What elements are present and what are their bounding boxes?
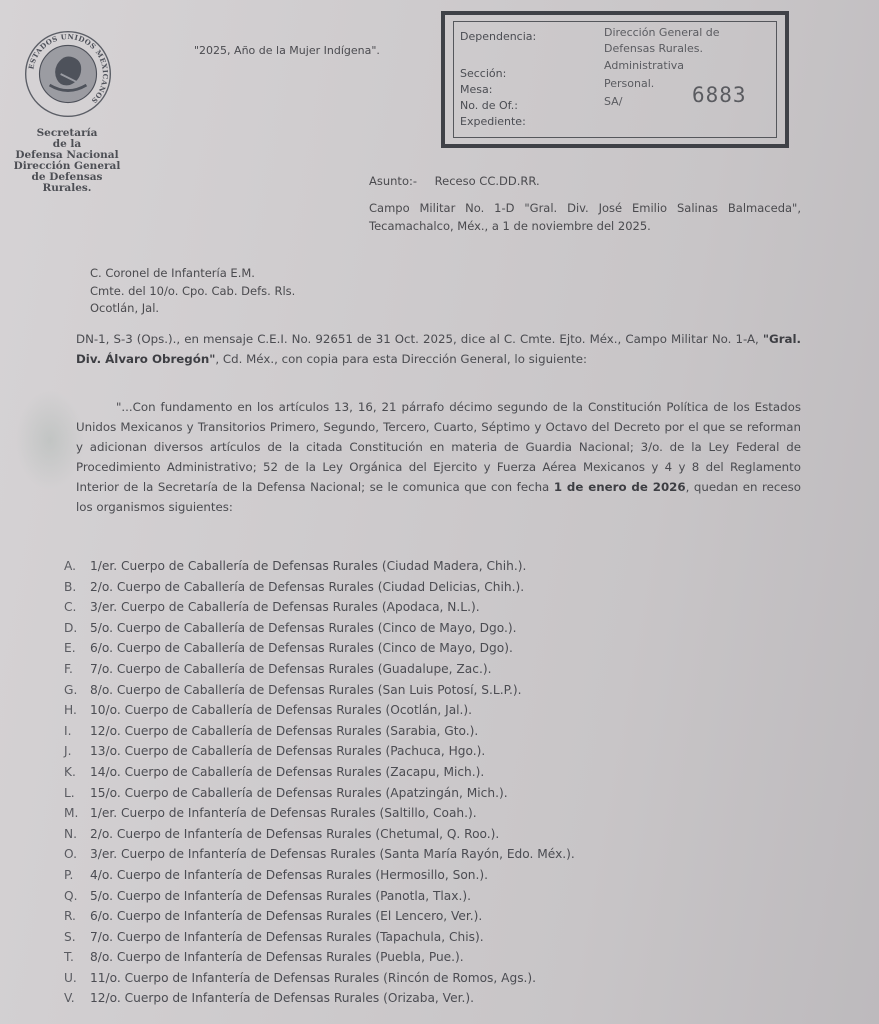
info-label-no-oficio: No. de Of.: [460, 99, 518, 112]
info-value-seccion: Administrativa [604, 59, 684, 72]
list-item: K.14/o. Cuerpo de Caballería de Defensas… [64, 762, 575, 783]
intro-text-end: , Cd. Méx., con copia para esta Direcció… [215, 352, 587, 366]
list-item-letter: M. [64, 803, 90, 824]
list-item-letter: V. [64, 988, 90, 1009]
list-item: G.8/o. Cuerpo de Caballería de Defensas … [64, 680, 575, 701]
list-item-letter: Q. [64, 886, 90, 907]
list-item: O.3/er. Cuerpo de Infantería de Defensas… [64, 844, 575, 865]
list-item-letter: O. [64, 844, 90, 865]
list-item: U.11/o. Cuerpo de Infantería de Defensas… [64, 968, 575, 989]
list-item-letter: B. [64, 577, 90, 598]
list-item-text: 6/o. Cuerpo de Caballería de Defensas Ru… [90, 638, 513, 659]
list-item-letter: A. [64, 556, 90, 577]
list-item-letter: I. [64, 721, 90, 742]
list-item-text: 5/o. Cuerpo de Infantería de Defensas Ru… [90, 886, 471, 907]
list-item-text: 12/o. Cuerpo de Infantería de Defensas R… [90, 988, 474, 1009]
list-item-text: 2/o. Cuerpo de Infantería de Defensas Ru… [90, 824, 499, 845]
info-value-dependencia: Dirección General de [604, 26, 720, 39]
quoted-paragraph: "...Con fundamento en los artículos 13, … [76, 397, 801, 517]
list-item-text: 11/o. Cuerpo de Infantería de Defensas R… [90, 968, 536, 989]
list-item: R.6/o. Cuerpo de Infantería de Defensas … [64, 906, 575, 927]
info-label-expediente: Expediente: [460, 115, 526, 128]
list-item-letter: G. [64, 680, 90, 701]
info-label-seccion: Sección: [460, 67, 506, 80]
list-item-text: 13/o. Cuerpo de Caballería de Defensas R… [90, 741, 485, 762]
list-item-text: 3/er. Cuerpo de Caballería de Defensas R… [90, 597, 480, 618]
list-item: C.3/er. Cuerpo de Caballería de Defensas… [64, 597, 575, 618]
info-box-inner-border: Dependencia: Dirección General de Defens… [453, 21, 777, 138]
list-item: L.15/o. Cuerpo de Caballería de Defensas… [64, 783, 575, 804]
list-item: B.2/o. Cuerpo de Caballería de Defensas … [64, 577, 575, 598]
office-number-stamp: 6883 [692, 83, 747, 107]
list-item-text: 8/o. Cuerpo de Infantería de Defensas Ru… [90, 947, 464, 968]
list-item: T.8/o. Cuerpo de Infantería de Defensas … [64, 947, 575, 968]
list-item-letter: K. [64, 762, 90, 783]
list-item: S.7/o. Cuerpo de Infantería de Defensas … [64, 927, 575, 948]
list-item-text: 7/o. Cuerpo de Infantería de Defensas Ru… [90, 927, 484, 948]
list-item-letter: F. [64, 659, 90, 680]
document-info-box: Dependencia: Dirección General de Defens… [441, 11, 789, 148]
list-item-text: 8/o. Cuerpo de Caballería de Defensas Ru… [90, 680, 522, 701]
info-label-mesa: Mesa: [460, 83, 492, 96]
list-item: I.12/o. Cuerpo de Caballería de Defensas… [64, 721, 575, 742]
list-item-letter: R. [64, 906, 90, 927]
addressee-line: C. Coronel de Infantería E.M. [90, 265, 295, 283]
place-and-date: Campo Militar No. 1-D "Gral. Div. José E… [369, 199, 801, 235]
list-item: M.1/er. Cuerpo de Infantería de Defensas… [64, 803, 575, 824]
document-page: ESTADOS UNIDOS MEXICANOS Secretaría de l… [0, 0, 879, 1024]
intro-paragraph: DN-1, S-3 (Ops.)., en mensaje C.E.I. No.… [76, 329, 801, 369]
info-value-no-oficio: SA/ [604, 95, 622, 108]
org-line: Rurales. [4, 183, 130, 194]
paper-smudge [15, 390, 85, 490]
list-item-text: 12/o. Cuerpo de Caballería de Defensas R… [90, 721, 478, 742]
list-item: A.1/er. Cuerpo de Caballería de Defensas… [64, 556, 575, 577]
list-item-letter: C. [64, 597, 90, 618]
subject-line: Asunto:- Receso CC.DD.RR. [369, 174, 540, 188]
list-item: H.10/o. Cuerpo de Caballería de Defensas… [64, 700, 575, 721]
list-item-text: 3/er. Cuerpo de Infantería de Defensas R… [90, 844, 575, 865]
list-item-text: 14/o. Cuerpo de Caballería de Defensas R… [90, 762, 484, 783]
organization-name: Secretaría de la Defensa Nacional Direcc… [4, 128, 130, 194]
subject-label: Asunto:- [369, 174, 417, 188]
list-item-letter: S. [64, 927, 90, 948]
list-item-letter: D. [64, 618, 90, 639]
addressee-line: Ocotlán, Jal. [90, 300, 295, 318]
list-item: J.13/o. Cuerpo de Caballería de Defensas… [64, 741, 575, 762]
list-item: F.7/o. Cuerpo de Caballería de Defensas … [64, 659, 575, 680]
intro-text: DN-1, S-3 (Ops.)., en mensaje C.E.I. No.… [76, 332, 763, 346]
list-item-text: 7/o. Cuerpo de Caballería de Defensas Ru… [90, 659, 491, 680]
list-item-letter: N. [64, 824, 90, 845]
units-in-recess-list: A.1/er. Cuerpo de Caballería de Defensas… [64, 556, 575, 1009]
list-item-text: 6/o. Cuerpo de Infantería de Defensas Ru… [90, 906, 482, 927]
addressee-block: C. Coronel de Infantería E.M. Cmte. del … [90, 265, 295, 318]
list-item-letter: P. [64, 865, 90, 886]
list-item-letter: J. [64, 741, 90, 762]
list-item-text: 10/o. Cuerpo de Caballería de Defensas R… [90, 700, 472, 721]
mexican-coat-of-arms-icon: ESTADOS UNIDOS MEXICANOS [22, 28, 114, 120]
info-value-dependencia-cont: Defensas Rurales. [604, 42, 703, 55]
list-item-letter: U. [64, 968, 90, 989]
list-item-text: 2/o. Cuerpo de Caballería de Defensas Ru… [90, 577, 524, 598]
year-motto: "2025, Año de la Mujer Indígena". [194, 44, 380, 57]
list-item-text: 15/o. Cuerpo de Caballería de Defensas R… [90, 783, 508, 804]
info-label-dependencia: Dependencia: [460, 30, 536, 43]
list-item-text: 4/o. Cuerpo de Infantería de Defensas Ru… [90, 865, 488, 886]
list-item: D.5/o. Cuerpo de Caballería de Defensas … [64, 618, 575, 639]
list-item-letter: L. [64, 783, 90, 804]
subject-value: Receso CC.DD.RR. [435, 174, 540, 188]
list-item: N.2/o. Cuerpo de Infantería de Defensas … [64, 824, 575, 845]
info-value-mesa: Personal. [604, 77, 654, 90]
list-item-text: 5/o. Cuerpo de Caballería de Defensas Ru… [90, 618, 517, 639]
list-item-text: 1/er. Cuerpo de Infantería de Defensas R… [90, 803, 477, 824]
list-item-letter: H. [64, 700, 90, 721]
list-item: V.12/o. Cuerpo de Infantería de Defensas… [64, 988, 575, 1009]
effective-date: 1 de enero de 2026 [554, 480, 686, 494]
list-item-letter: E. [64, 638, 90, 659]
list-item: E.6/o. Cuerpo de Caballería de Defensas … [64, 638, 575, 659]
addressee-line: Cmte. del 10/o. Cpo. Cab. Defs. Rls. [90, 283, 295, 301]
list-item: Q.5/o. Cuerpo de Infantería de Defensas … [64, 886, 575, 907]
list-item: P.4/o. Cuerpo de Infantería de Defensas … [64, 865, 575, 886]
list-item-letter: T. [64, 947, 90, 968]
list-item-text: 1/er. Cuerpo de Caballería de Defensas R… [90, 556, 526, 577]
